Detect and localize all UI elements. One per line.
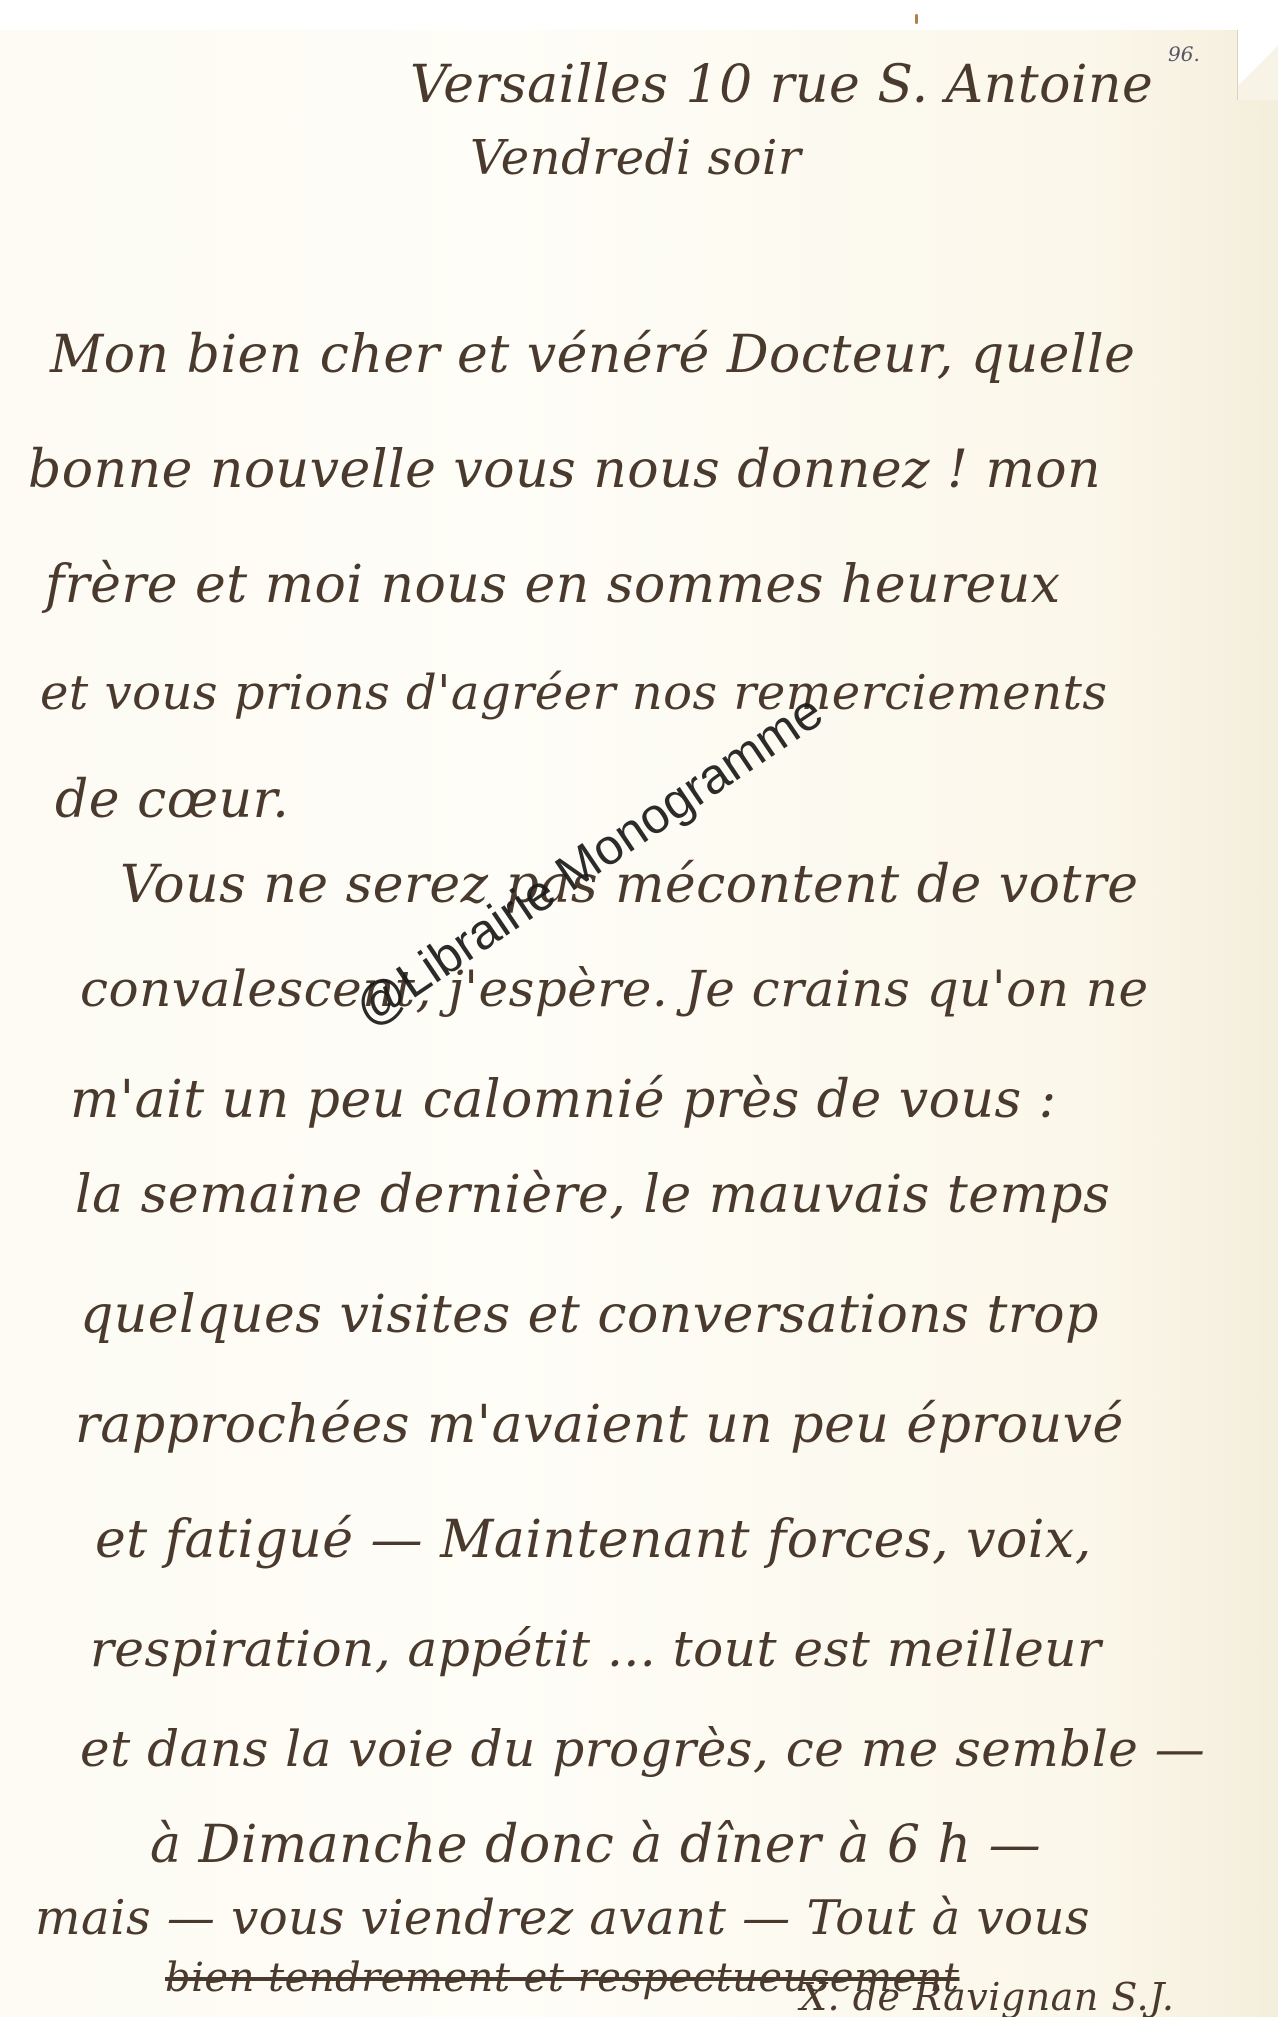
letter-line: et dans la voie du progrès, ce me semble… xyxy=(80,1720,1205,1778)
ink-speck xyxy=(915,14,918,24)
letter-dateline: Vendredi soir xyxy=(470,130,801,186)
letter-line: de cœur. xyxy=(55,770,289,830)
letter-line: et vous prions d'agréer nos remerciement… xyxy=(40,665,1108,721)
letter-line: m'ait un peu calomnié près de vous : xyxy=(70,1070,1057,1130)
letter-line: Mon bien cher et vénéré Docteur, quelle xyxy=(50,325,1135,385)
letter-line: la semaine dernière, le mauvais temps xyxy=(75,1165,1110,1225)
signature: X. de Ravignan S.J. xyxy=(800,1975,1175,2017)
letter-address: Versailles 10 rue S. Antoine xyxy=(410,55,1153,115)
letter-line: convalescent, j'espère. Je crains qu'on … xyxy=(80,960,1149,1018)
letter-line: respiration, appétit ... tout est meille… xyxy=(90,1620,1101,1678)
letter-line: rapprochées m'avaient un peu éprouvé xyxy=(75,1395,1124,1455)
scan-top-margin xyxy=(0,0,1278,30)
letter-line: bonne nouvelle vous nous donnez ! mon xyxy=(28,440,1101,500)
folio-number: 96. xyxy=(1168,42,1200,66)
letter-line: mais — vous viendrez avant — Tout à vous xyxy=(35,1890,1090,1946)
letter-line: à Dimanche donc à dîner à 6 h — xyxy=(150,1815,1041,1875)
letter-line: quelques visites et conversations trop xyxy=(80,1285,1099,1345)
letter-line: frère et moi nous en sommes heureux xyxy=(45,555,1061,615)
letter-line: et fatigué — Maintenant forces, voix, xyxy=(95,1510,1092,1570)
page-corner-fold xyxy=(1237,30,1278,100)
